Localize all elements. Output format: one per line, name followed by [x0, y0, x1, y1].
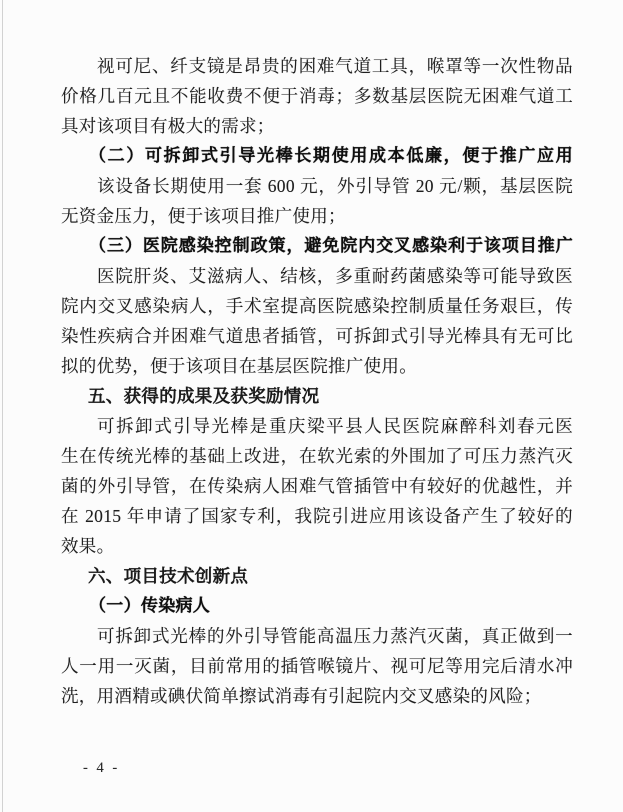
page-number: - 4 - — [83, 760, 120, 777]
text-line: 效果。 — [61, 531, 573, 561]
text-line: 在 2015 年申请了国家专利，我院引进应用该设备产生了较好的 — [61, 501, 573, 531]
text-line: 拟的优势，便于该项目在基层医院推广使用。 — [61, 351, 573, 381]
text-line: 菌的外引导管，在传染病人困难气管插管中有较好的优越性，并 — [61, 471, 573, 501]
text-line: 可拆卸式引导光棒是重庆梁平县人民医院麻醉科刘春元医 — [61, 411, 573, 441]
document-body: 视可尼、纤支镜是昂贵的困难气道工具，喉罩等一次性物品价格几百元且不能收费不便于消… — [61, 51, 573, 711]
scan-edge-artifact — [2, 0, 3, 812]
text-line: 染性疾病合并困难气道患者插管，可拆卸式引导光棒具有无可比 — [61, 321, 573, 351]
text-line: 可拆卸式光棒的外引导管能高温压力蒸汽灭菌，真正做到一 — [61, 621, 573, 651]
text-line: 院内交叉感染病人，手术室提高医院感染控制质量任务艰巨，传 — [61, 291, 573, 321]
text-line: 医院肝炎、艾滋病人、结核，多重耐药菌感染等可能导致医 — [61, 261, 573, 291]
section-heading: 六、项目技术创新点 — [61, 561, 573, 591]
text-line: 无资金压力，便于该项目推广使用； — [61, 201, 573, 231]
section-heading: 五、获得的成果及获奖励情况 — [61, 381, 573, 411]
text-line: 该设备长期使用一套 600 元，外引导管 20 元/颗，基层医院 — [61, 171, 573, 201]
text-line: 人一用一灭菌，目前常用的插管喉镜片、视可尼等用完后清水冲 — [61, 651, 573, 681]
text-line: 生在传统光棒的基础上改进，在软光索的外围加了可压力蒸汽灭 — [61, 441, 573, 471]
text-line: 具对该项目有极大的需求； — [61, 111, 573, 141]
scanned-document-page: 视可尼、纤支镜是昂贵的困难气道工具，喉罩等一次性物品价格几百元且不能收费不便于消… — [0, 0, 623, 812]
section-heading: （一）传染病人 — [61, 591, 573, 621]
text-lines: 视可尼、纤支镜是昂贵的困难气道工具，喉罩等一次性物品价格几百元且不能收费不便于消… — [61, 51, 573, 711]
section-heading: （二）可拆卸式引导光棒长期使用成本低廉，便于推广应用 — [61, 141, 573, 171]
text-line: 价格几百元且不能收费不便于消毒；多数基层医院无困难气道工 — [61, 81, 573, 111]
text-line: 视可尼、纤支镜是昂贵的困难气道工具，喉罩等一次性物品 — [61, 51, 573, 81]
text-line: 洗，用酒精或碘伏简单擦试消毒有引起院内交叉感染的风险； — [61, 681, 573, 711]
section-heading: （三）医院感染控制政策，避免院内交叉感染利于该项目推广 — [61, 231, 573, 261]
